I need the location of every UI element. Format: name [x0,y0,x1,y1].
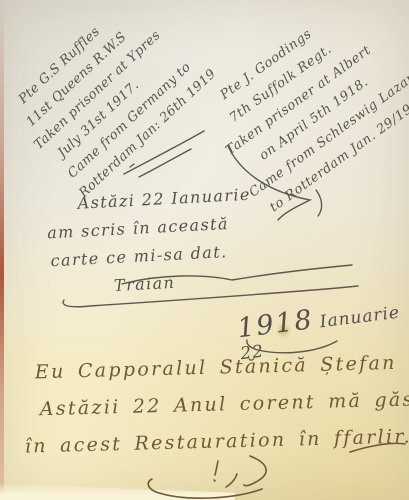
date-year: 1918 [236,304,316,344]
pow-entry-ruffles: Pte G.S Ruffles 11st Queens R.W.S Taken … [1,0,224,206]
album-page: Pte G.S Ruffles 11st Queens R.W.S Taken … [0,0,409,500]
paper-bottom-edge [0,482,235,500]
flourish-comma [226,474,237,487]
handwritten-line: Eu Capporalul Stănică Ștefan [35,350,409,383]
romanian-entry-stanica: Eu Capporalul Stănică Ștefan Astăzii 22 … [23,350,409,472]
handwritten-line: am scris în această [47,213,253,243]
handwritten-line: Astăzii 22 Anul corent mă găsesc [40,387,409,420]
scan-edge-strip [0,0,4,500]
handwritten-line: în acest Restauration în ffarlir. [25,424,409,457]
flourish-exclaim-dot [214,480,215,481]
romanian-note-traian: Astăzi 22 Ianuarie am scris în această c… [45,185,256,308]
handwritten-line: carte ce mi-sa dat. [50,241,254,271]
signature-traian: Traian [114,269,256,295]
